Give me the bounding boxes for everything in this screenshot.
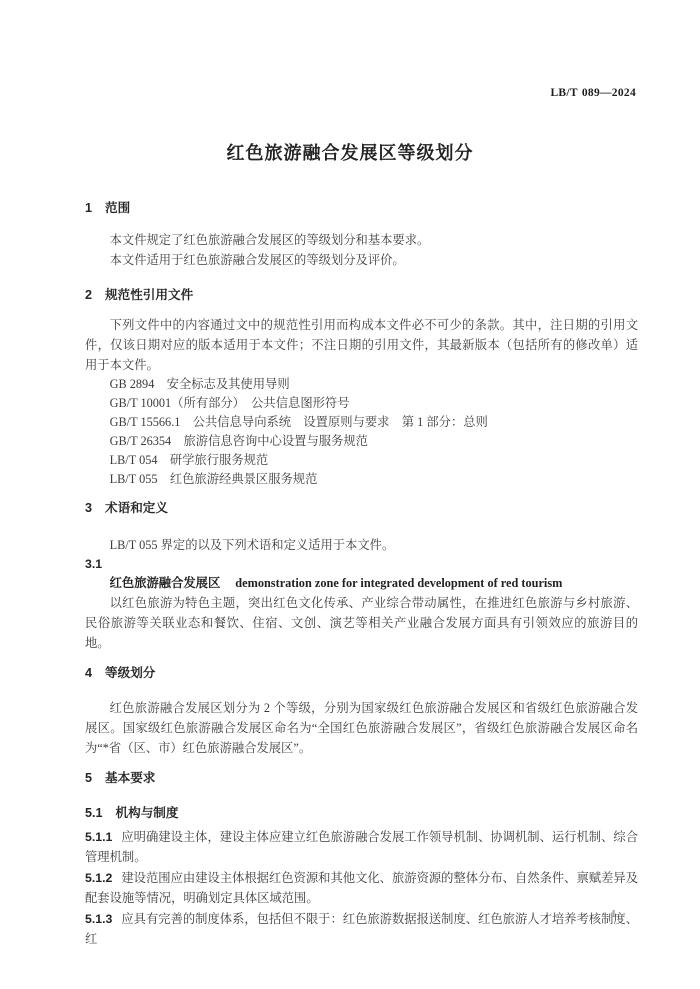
section-1-number: 1: [85, 201, 92, 215]
section-2-number: 2: [85, 288, 92, 302]
section-4-heading: 4等级划分: [85, 665, 638, 682]
reference-item: LB/T 054 研学旅行服务规范: [85, 451, 638, 470]
clause-5-1-2-text: 建设范围应由建设主体根据红色资源和其他文化、旅游资源的整体分布、自然条件、禀赋差…: [85, 871, 638, 905]
clause-5-1-3-number: 5.1.3: [85, 912, 112, 926]
section-1-title: 范围: [105, 201, 130, 215]
term-english: demonstration zone for integrated develo…: [235, 576, 562, 590]
page-number: 1: [611, 908, 617, 920]
normative-references-list: GB 2894 安全标志及其使用导则 GB/T 10001（所有部分） 公共信息…: [85, 375, 638, 489]
document-page: LB/T089—2024 红色旅游融合发展区等级划分 1范围 本文件规定了红色旅…: [0, 0, 700, 989]
reference-item: LB/T 055 红色旅游经典景区服务规范: [85, 470, 638, 489]
section-3-heading: 3术语和定义: [85, 500, 638, 517]
reference-item: GB 2894 安全标志及其使用导则: [85, 375, 638, 394]
reference-item: GB/T 26354 旅游信息咨询中心设置与服务规范: [85, 432, 638, 451]
clause-5-1-1-text: 应明确建设主体，建设主体应建立红色旅游融合发展工作领导机制、协调机制、运行机制、…: [85, 830, 638, 864]
section-1-heading: 1范围: [85, 200, 638, 217]
term-id: 3.1: [85, 555, 638, 573]
scope-paragraph-2: 本文件适用于红色旅游融合发展区的等级划分及评价。: [85, 250, 638, 270]
scope-paragraph-1: 本文件规定了红色旅游融合发展区的等级划分和基本要求。: [85, 230, 638, 250]
clause-5-1-2-number: 5.1.2: [85, 871, 112, 885]
reference-item: GB/T 10001（所有部分） 公共信息图形符号: [85, 394, 638, 413]
clause-5-1-3: 5.1.3应具有完善的制度体系，包括但不限于：红色旅游数据报送制度、红色旅游人才…: [85, 909, 638, 949]
normative-references-intro: 下列文件中的内容通过文中的规范性引用而构成本文件必不可少的条款。其中，注日期的引…: [85, 315, 638, 375]
subsection-5-1-heading: 5.1机构与制度: [85, 805, 638, 822]
term-chinese: 红色旅游融合发展区: [110, 576, 221, 590]
clause-5-1-1-number: 5.1.1: [85, 830, 112, 844]
document-body: 1范围 本文件规定了红色旅游融合发展区的等级划分和基本要求。 本文件适用于红色旅…: [85, 0, 638, 949]
section-2-title: 规范性引用文件: [105, 288, 193, 302]
section-5-title: 基本要求: [105, 771, 155, 785]
section-3-number: 3: [85, 501, 92, 515]
section-4-title: 等级划分: [105, 666, 155, 680]
grading-paragraph: 红色旅游融合发展区划分为 2 个等级，分别为国家级红色旅游融合发展区和省级红色旅…: [85, 698, 638, 758]
section-4-number: 4: [85, 666, 92, 680]
section-3-title: 术语和定义: [105, 501, 168, 515]
reference-item: GB/T 15566.1 公共信息导向系统 设置原则与要求 第 1 部分：总则: [85, 413, 638, 432]
subsection-5-1-number: 5.1: [85, 806, 103, 820]
term-definition: 以红色旅游为特色主题，突出红色文化传承、产业综合带动属性，在推进红色旅游与乡村旅…: [85, 593, 638, 653]
section-2-heading: 2规范性引用文件: [85, 287, 638, 304]
section-5-number: 5: [85, 771, 92, 785]
terms-intro: LB/T 055 界定的以及下列术语和定义适用于本文件。: [85, 535, 638, 555]
section-5-heading: 5基本要求: [85, 770, 638, 787]
term-entry: 红色旅游融合发展区demonstration zone for integrat…: [85, 573, 638, 593]
clause-5-1-2: 5.1.2建设范围应由建设主体根据红色资源和其他文化、旅游资源的整体分布、自然条…: [85, 868, 638, 908]
clause-5-1-1: 5.1.1应明确建设主体，建设主体应建立红色旅游融合发展工作领导机制、协调机制、…: [85, 827, 638, 867]
clause-5-1-3-text: 应具有完善的制度体系，包括但不限于：红色旅游数据报送制度、红色旅游人才培养考核制…: [85, 912, 638, 946]
subsection-5-1-title: 机构与制度: [116, 806, 179, 820]
